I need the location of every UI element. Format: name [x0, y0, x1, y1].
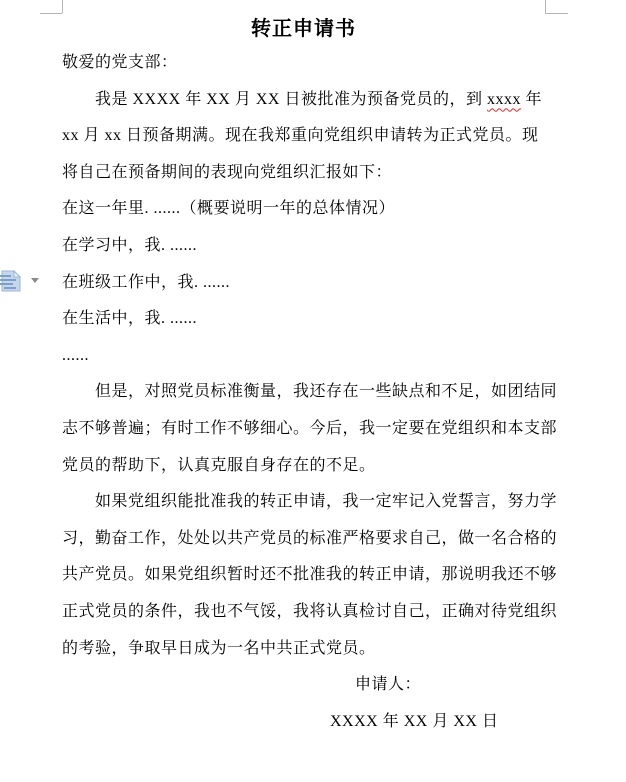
document-line: 共产党员。如果党组织暂时还不批准我的转正申请，那说明我还不够 [62, 557, 545, 594]
document-line: 习，勤奋工作，处处以共产党员的标准严格要求自己，做一名合格的 [62, 521, 545, 558]
document-line: 的考验，争取早日成为一名中共正式党员。 [62, 631, 545, 668]
line-segment: 我是 XXXX 年 XX 月 XX 日被批准为预备党员的，到 [95, 91, 487, 108]
paste-options-button[interactable] [0, 268, 44, 294]
document-line: 敬爱的党支部： [62, 45, 545, 82]
document-line: 在班级工作中，我. ...... [62, 265, 545, 302]
text-area: 转正申请书 敬爱的党支部： 我是 XXXX 年 XX 月 XX 日被批准为预备党… [62, 13, 545, 740]
document-title: 转正申请书 [62, 13, 545, 45]
document-page: 转正申请书 敬爱的党支部： 我是 XXXX 年 XX 月 XX 日被批准为预备党… [0, 0, 626, 782]
line-segment: 年 [521, 91, 542, 108]
text-boundary-mark [545, 13, 568, 14]
document-line: 将自己在预备期间的表现向党组织汇报如下： [62, 155, 545, 192]
document-line: 在生活中，我. ...... [62, 301, 545, 338]
document-line: 如果党组织能批准我的转正申请，我一定牢记入党誓言，努力学 [62, 484, 545, 521]
document-line: 在这一年里. ......（概要说明一年的总体情况） [62, 191, 545, 228]
document-line: 但是，对照党员标准衡量，我还存在一些缺点和不足，如团结同 [62, 374, 545, 411]
application-date: XXXX 年 XX 月 XX 日 [62, 704, 545, 741]
text-boundary-mark [545, 0, 546, 13]
document-line: 志不够普遍；有时工作不够细心。今后，我一定要在党组织和本支部 [62, 411, 545, 448]
document-line: 党员的帮助下，认真克服自身存在的不足。 [62, 448, 545, 485]
applicant-label: 申请人： [62, 667, 545, 704]
document-line: 在学习中，我. ...... [62, 228, 545, 265]
text-boundary-mark [62, 0, 63, 13]
document-line: 我是 XXXX 年 XX 月 XX 日被批准为预备党员的，到 xxxx 年 [62, 82, 545, 119]
document-body: 敬爱的党支部： 我是 XXXX 年 XX 月 XX 日被批准为预备党员的，到 x… [62, 45, 545, 740]
chevron-down-icon[interactable] [31, 278, 39, 283]
text-boundary-mark [40, 13, 62, 14]
document-line: 正式党员的条件，我也不气馁，我将认真检讨自己，正确对待党组织 [62, 594, 545, 631]
document-line: xx 月 xx 日预备期满。现在我郑重向党组织申请转为正式党员。现 [62, 118, 545, 155]
misspelled-word: xxxx [487, 91, 521, 108]
document-line: ...... [62, 338, 545, 375]
